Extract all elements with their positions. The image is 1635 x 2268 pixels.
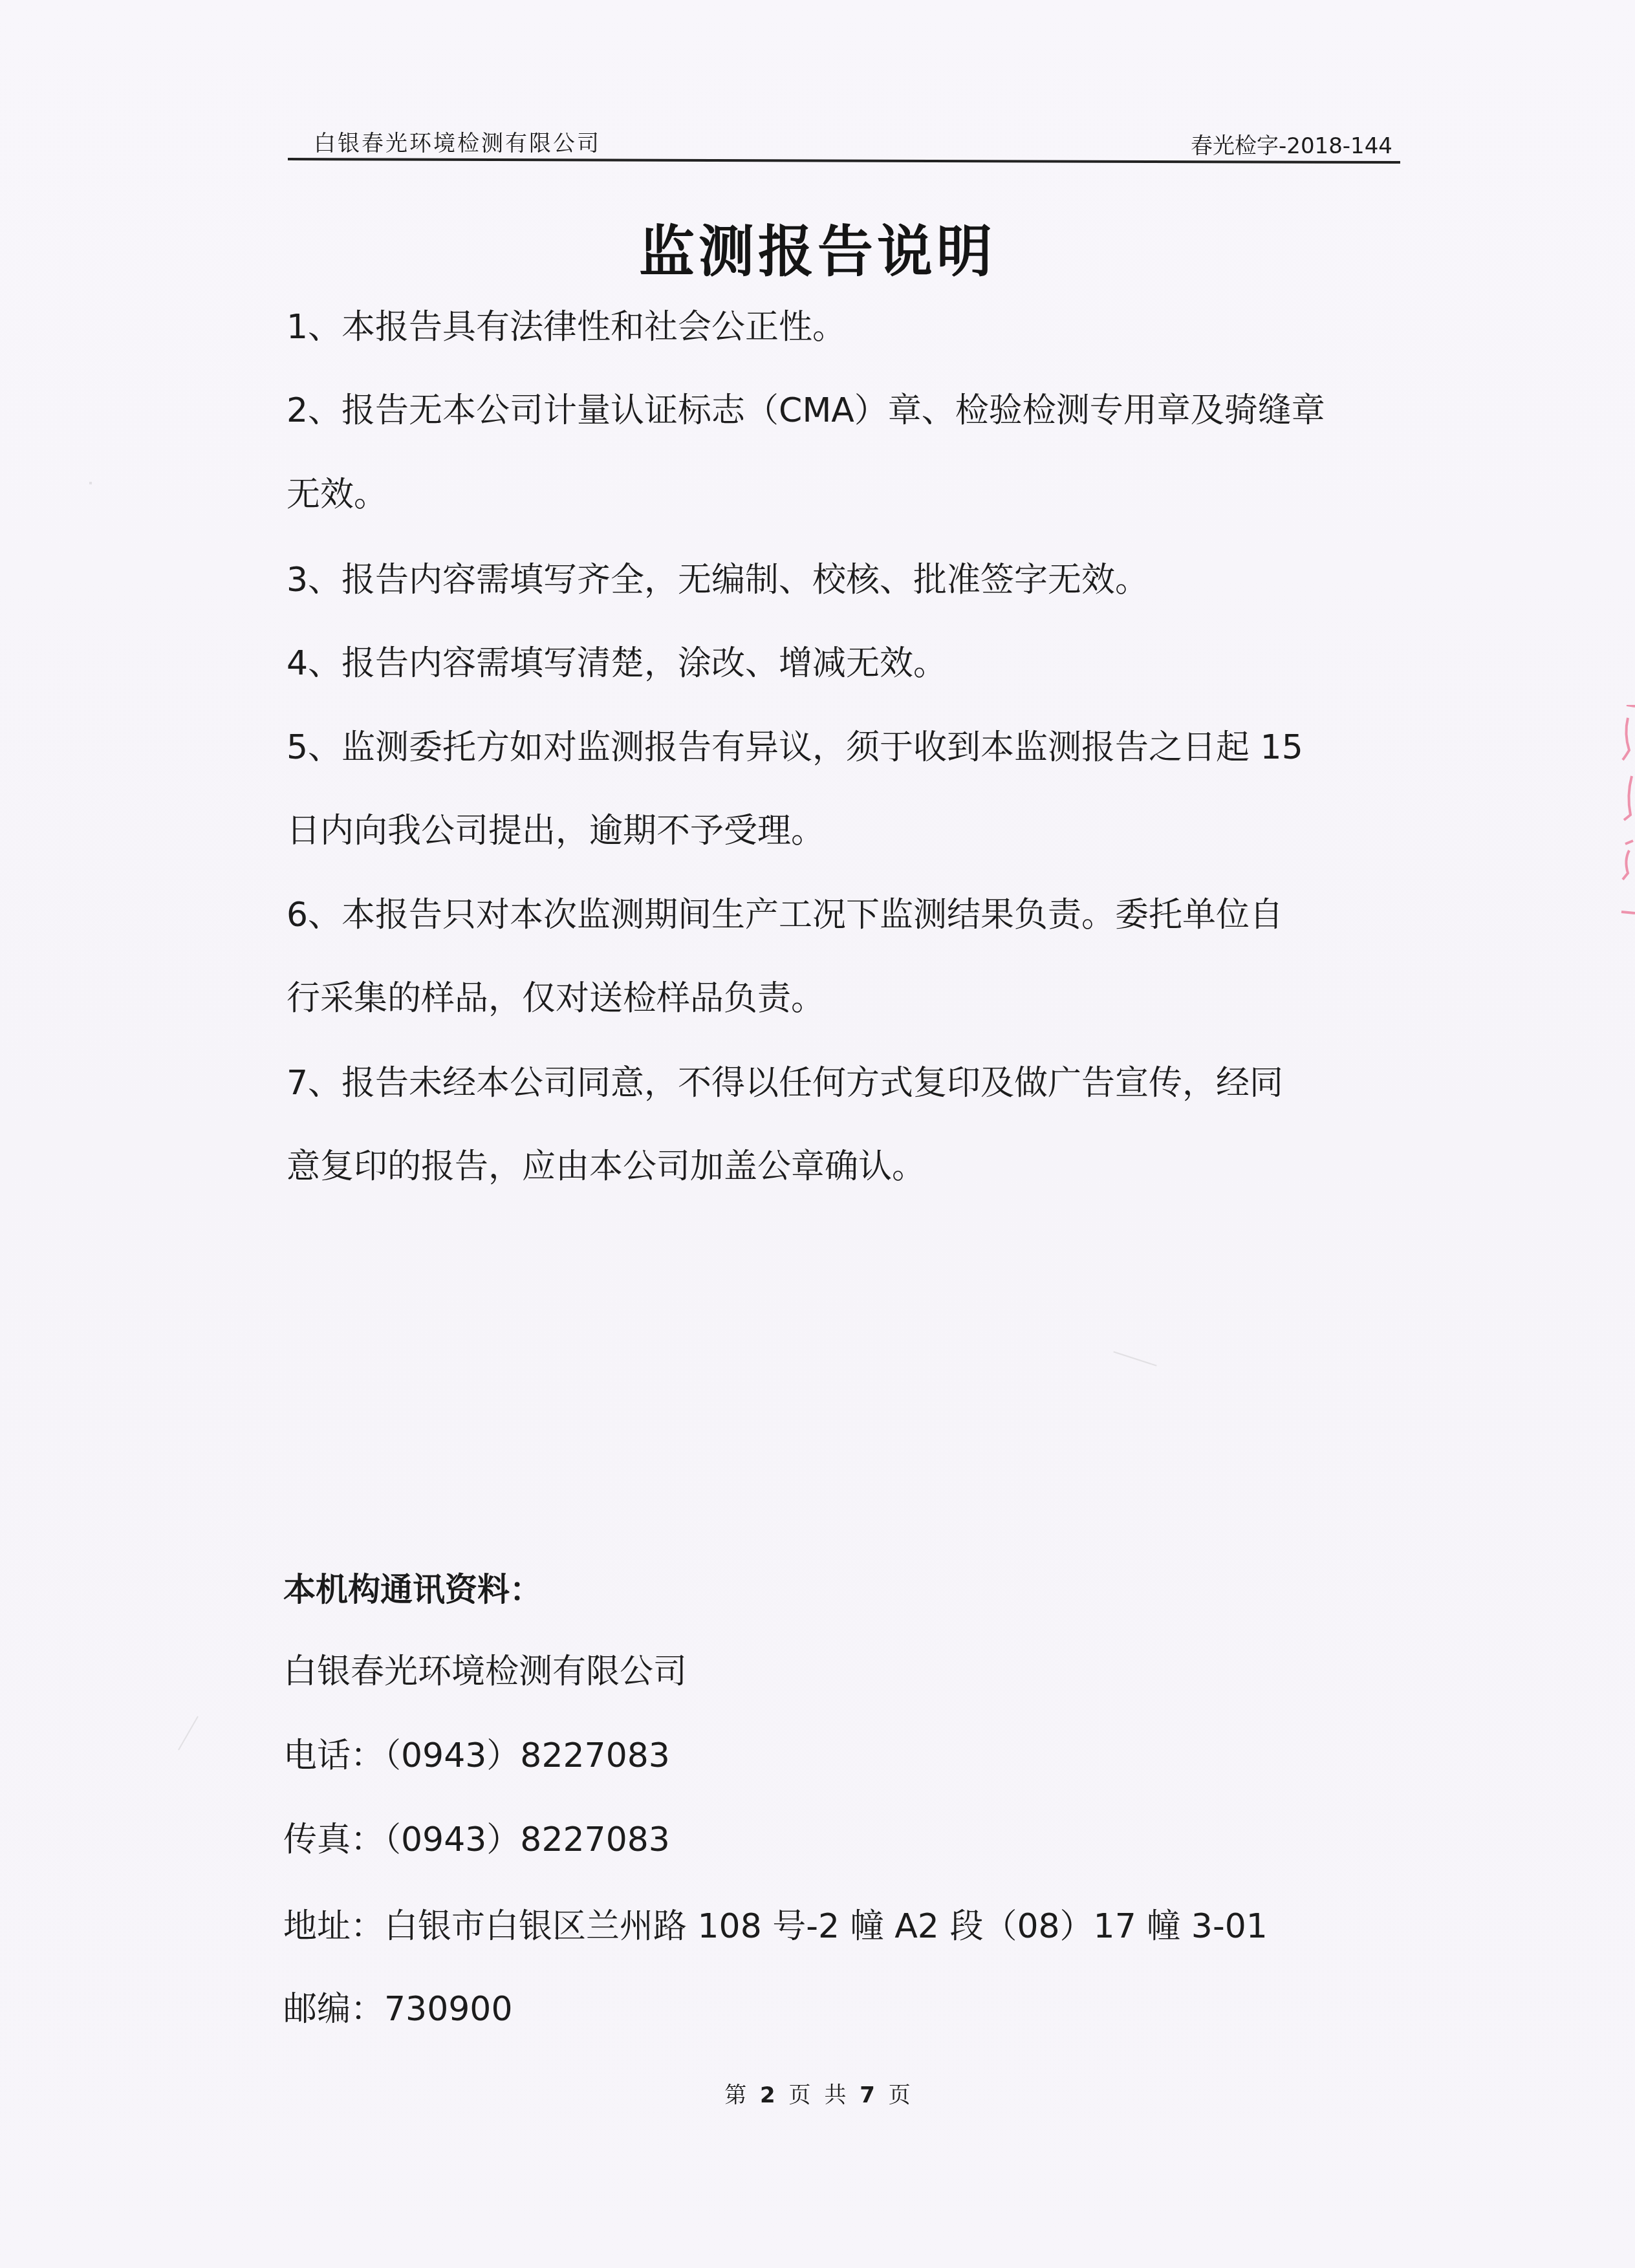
note-line-7-cont: 意复印的报告，应由本公司加盖公章确认。 [287,1146,1405,1187]
note-line-6: 6、本报告只对本次监测期间生产工况下监测结果负责。委托单位自 [287,894,1405,936]
contact-address: 地址：白银市白银区兰州路 108 号-2 幢 A2 段（08）17 幢 3-01 [283,1899,1268,1947]
document-page: 白银春光环境检测有限公司 春光检字-2018-144 监测报告说明 1、本报告具… [0,0,1635,2268]
note-line-5: 5、监测委托方如对监测报告有异议，须于收到本监测报告之日起 15 [287,727,1405,768]
contact-phone: 电话：（0943）8227083 [283,1728,670,1777]
note-line-3: 3、报告内容需填写齐全，无编制、校核、批准签字无效。 [287,559,1405,601]
footer-middle: 页 共 [789,2082,847,2108]
page-header: 白银春光环境检测有限公司 春光检字-2018-144 [288,123,1400,163]
note-line-6-cont: 行采集的样品，仅对送检样品负责。 [287,978,1405,1019]
page-title: 监测报告说明 [0,207,1635,287]
note-line-5-cont: 日内向我公司提出，逾期不予受理。 [287,810,1405,852]
scan-scratch [1113,1351,1156,1366]
footer-total-pages: 7 [860,2082,875,2108]
note-line-7: 7、报告未经本公司同意，不得以任何方式复印及做广告宣传，经同 [287,1063,1405,1104]
contact-heading: 本机构通讯资料： [283,1564,542,1610]
page-number-footer: 第 2 页 共 7 页 [0,2077,1635,2109]
note-line-2: 2、报告无本公司计量认证标志（CMA）章、检验检测专用章及骑缝章 [287,390,1405,431]
header-report-number: 春光检字-2018-144 [1191,128,1392,160]
footer-suffix: 页 [889,2082,911,2108]
contact-postcode: 邮编：730900 [283,1982,513,2030]
footer-prefix: 第 [724,2082,746,2108]
footer-current-page: 2 [760,2082,775,2108]
scan-scratch [178,1716,199,1751]
note-line-4: 4、报告内容需填写清楚，涂改、增减无效。 [287,643,1405,684]
header-company-name: 白银春光环境检测有限公司 [314,125,601,157]
seam-stamp-icon [1620,705,1635,918]
contact-company: 白银春光环境检测有限公司 [283,1644,687,1692]
note-line-2-cont: 无效。 [287,474,1405,515]
note-line-1: 1、本报告具有法律性和社会公正性。 [287,307,1405,348]
contact-fax: 传真：（0943）8227083 [283,1812,670,1861]
scan-speck [89,482,92,484]
